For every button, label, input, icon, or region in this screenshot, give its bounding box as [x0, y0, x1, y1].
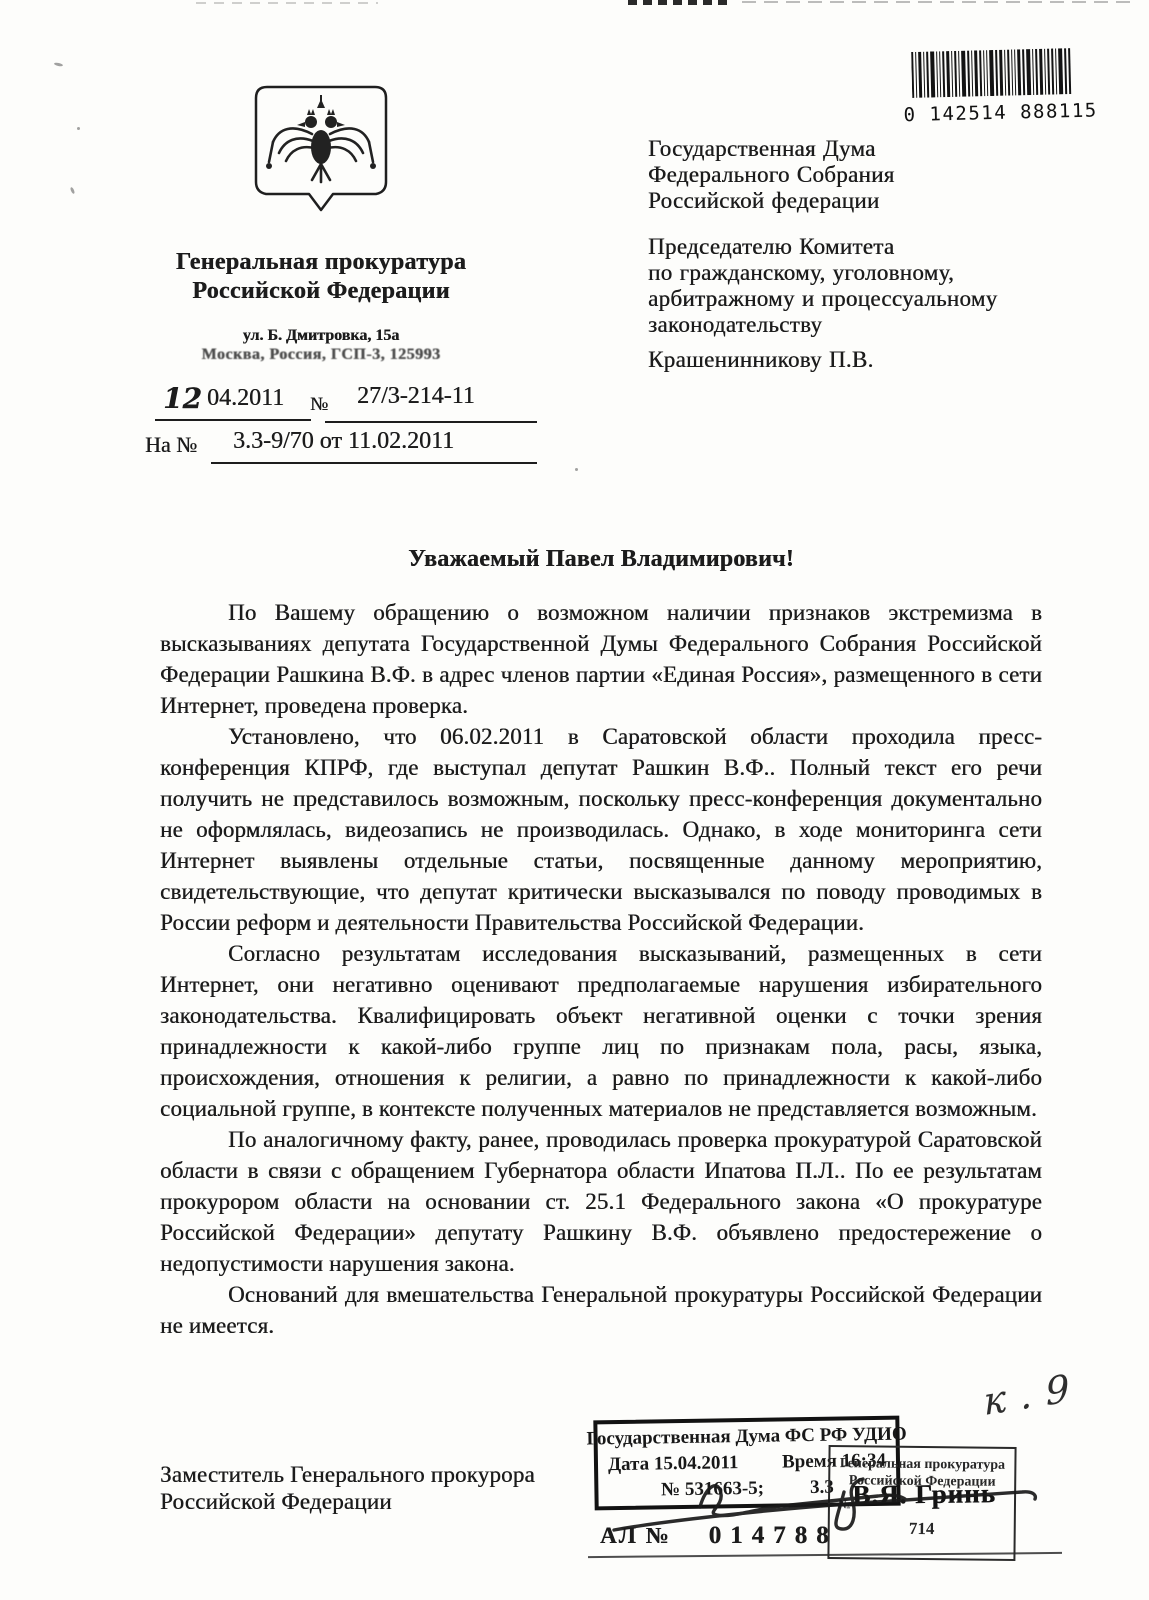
address-line1: ул. Б. Дмитровка, 15а — [152, 326, 490, 345]
salutation: Уважаемый Павел Владимирович! — [160, 546, 1042, 573]
scan-speck — [54, 62, 63, 67]
scan-speck — [70, 187, 76, 195]
letterhead: Генеральная прокуратура Российской Федер… — [152, 84, 490, 364]
address-line2: Москва, Россия, ГСП-3, 125993 — [152, 345, 490, 364]
paragraph: Согласно результатам исследования высказ… — [160, 938, 1042, 1124]
scan-speck — [575, 468, 578, 471]
paragraph: Установлено, что 06.02.2011 в Саратовско… — [160, 721, 1042, 938]
recipient-title-line: Председателю Комитета — [648, 234, 1058, 260]
recipient-title-line: арбитражному и процессуальному — [648, 286, 1058, 312]
barcode-bars — [911, 48, 1074, 98]
barcode-digits: 0 142514 888115 — [903, 100, 1083, 126]
recipient-name: Крашенинникову П.В. — [648, 347, 1058, 373]
handwritten-day: 12 — [163, 382, 202, 415]
paragraph: По Вашему обращению о возможном наличии … — [160, 597, 1042, 721]
signer-title-line2: Российской Федерации — [160, 1488, 535, 1515]
scan-artifact-dashes — [628, 0, 728, 5]
paragraph: По аналогичному факту, ранее, проводилас… — [160, 1124, 1042, 1279]
underline — [155, 419, 311, 421]
recipient-org-line: Федерального Собрания — [648, 162, 1058, 188]
recipient-block: Государственная Дума Федерального Собран… — [648, 136, 1058, 373]
scan-speck — [77, 127, 80, 130]
outgoing-number: 27/3-214-11 — [357, 383, 475, 410]
barcode: 0 142514 888115 — [902, 48, 1084, 126]
signature-stroke — [592, 1392, 1062, 1567]
recipient-org-line: Российской федерации — [648, 188, 1058, 214]
org-name-line2: Российской Федерации — [152, 277, 490, 306]
reference-block: 12 04.2011 № 27/3-214-11 На № 3.3-9/70 о… — [145, 382, 565, 477]
coat-of-arms-icon — [253, 84, 389, 234]
underline — [325, 421, 537, 423]
date-printed: 04.2011 — [207, 385, 284, 412]
reply-number: 3.3-9/70 от 11.02.2011 — [233, 428, 454, 455]
scanned-letter-page: 0 142514 888115 — [0, 0, 1149, 1600]
number-sign: № — [310, 394, 328, 416]
recipient-title-line: по гражданскому, уголовному, — [648, 260, 1058, 286]
scan-artifact-dashes — [742, 1, 1134, 3]
recipient-title-line: законодательству — [648, 312, 1058, 338]
signer-title-line1: Заместитель Генерального прокурора — [160, 1461, 535, 1488]
recipient-org-line: Государственная Дума — [648, 136, 1058, 162]
org-name-line1: Генеральная прокуратура — [152, 248, 490, 277]
letter-body: По Вашему обращению о возможном наличии … — [160, 597, 1042, 1341]
signature-block: Заместитель Генерального прокурора Росси… — [160, 1461, 535, 1515]
scan-artifact-dashes — [196, 2, 378, 4]
reply-label: На № — [145, 432, 197, 458]
underline — [211, 462, 537, 464]
paragraph: Оснований для вмешательства Генеральной … — [160, 1279, 1042, 1341]
